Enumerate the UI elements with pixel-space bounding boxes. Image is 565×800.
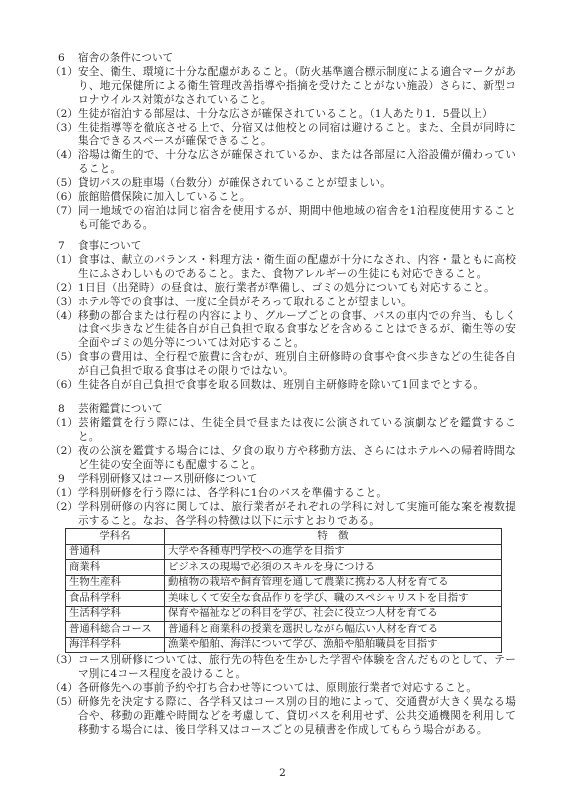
list-item: （6）旅館賠償保険に加入していること。	[56, 191, 516, 205]
column-header-features: 特 徴	[165, 529, 502, 545]
list-item: （2）夜の公演を鑑賞する場合には、夕食の取り方や移動方法、さらにはホテルへの帰着…	[56, 445, 516, 473]
table-row: 普通科総合コース普通科と商業科の授業を選択しながら幅広い人材を育てる	[66, 622, 502, 638]
list-item: （4）各研修先への事前予約や打ち合わせ等については、原則旅行業者で対応すること。	[56, 682, 516, 696]
section-heading: 8芸術鑑賞について	[56, 403, 516, 417]
document-page: 6宿舎の条件について （1）安全、衛生、環境に十分な配慮があること。（防火基準適…	[0, 0, 565, 800]
list-item: （1）学科別研修を行う際には、各学科に1台のバスを準備すること。	[56, 487, 516, 501]
section-7-meals: 7食事について （1）食事は、献立のバランス・料理方法・衛生面の配慮が十分になさ…	[56, 240, 516, 393]
list-item: （4）移動の都合または行程の内容により、グループごとの食事、バスの車内での弁当、…	[56, 310, 516, 352]
table-row: 生活科学科保育や福祉などの科目を学び、社会に役立つ人材を育てる	[66, 606, 502, 622]
department-table: 学科名 特 徴 普通科大学や各種専門学校への進学を目指す 商業科ビジネスの現場で…	[65, 528, 502, 653]
list-item: （2）生徒が宿泊する部屋は、十分な広さが確保されていること。（1人あたり1．5畳…	[56, 108, 516, 122]
table-row: 海洋科学科漁業や船舶、海洋について学び、漁船や船舶職員を目指す	[66, 637, 502, 653]
list-item: （7）同一地域での宿泊は同じ宿舎を使用するが、期間中他地域の宿舎を1泊程度使用す…	[56, 205, 516, 233]
table-row: 商業科ビジネスの現場で必須のスキルを身につける	[66, 560, 502, 576]
page-number: 2	[0, 767, 565, 781]
list-item: （5）貸切バスの駐車場（台数分）が確保されていることが望ましい。	[56, 177, 516, 191]
list-item: （1）芸術鑑賞を行う際には、生徒全員で昼または夜に公演されている演劇などを鑑賞す…	[56, 417, 516, 445]
table-header-row: 学科名 特 徴	[66, 529, 502, 545]
table-row: 生物生産科動植物の栽培や飼育管理を通して農業に携わる人材を育てる	[66, 575, 502, 591]
column-header-department: 学科名	[66, 529, 165, 545]
section-9-continued: （3）コース別研修については、旅行先の特色を生かした学習や体験を含んだものとして…	[56, 654, 516, 737]
section-heading: 6宿舎の条件について	[56, 52, 516, 66]
list-item: （3）ホテル等での食事は、一度に全員がそろって取れることが望ましい。	[56, 296, 516, 310]
table-row: 食品科学科美味しくて安全な食品作りを学び、職のスペシャリストを目指す	[66, 591, 502, 607]
list-item: （5）食事の費用は、全行程で旅費に含むが、班別自主研修時の食事や食べ歩きなどの生…	[56, 351, 516, 379]
list-item: （1）安全、衛生、環境に十分な配慮があること。（防火基準適合標示制度による適合マ…	[56, 66, 516, 108]
list-item: （3）生徒指導等を徹底させる上で、分宿又は他校との同宿は避けること。また、全員が…	[56, 122, 516, 150]
list-item: （5）研修先を決定する際に、各学科又はコース別の目的地によって、交通費が大きく異…	[56, 696, 516, 738]
list-item: （1）食事は、献立のバランス・料理方法・衛生面の配慮が十分になされ、内容・量とも…	[56, 254, 516, 282]
section-8-arts: 8芸術鑑賞について （1）芸術鑑賞を行う際には、生徒全員で昼または夜に公演されて…	[56, 403, 516, 473]
list-item: （4）浴場は衛生的で、十分な広さが確保されているか、または各部屋に入浴設備が備わ…	[56, 149, 516, 177]
list-item: （6）生徒各自が自己負担で食事を取る回数は、班別自主研修時を除いて1回までとする…	[56, 379, 516, 393]
section-heading: 7食事について	[56, 240, 516, 254]
list-item: （2）学科別研修の内容に関しては、旅行業者がそれぞれの学科に対して実施可能な案を…	[56, 501, 516, 529]
list-item: （2）1日目（出発時）の昼食は、旅行業者が準備し、ゴミの処分についても対応するこ…	[56, 282, 516, 296]
table-row: 普通科大学や各種専門学校への進学を目指す	[66, 544, 502, 560]
section-6-lodging: 6宿舎の条件について （1）安全、衛生、環境に十分な配慮があること。（防火基準適…	[56, 52, 516, 233]
section-9-department-training: 9学科別研修又はコース別研修について （1）学科別研修を行う際には、各学科に1台…	[56, 473, 516, 529]
list-item: （3）コース別研修については、旅行先の特色を生かした学習や体験を含んだものとして…	[56, 654, 516, 682]
section-heading: 9学科別研修又はコース別研修について	[56, 473, 516, 487]
